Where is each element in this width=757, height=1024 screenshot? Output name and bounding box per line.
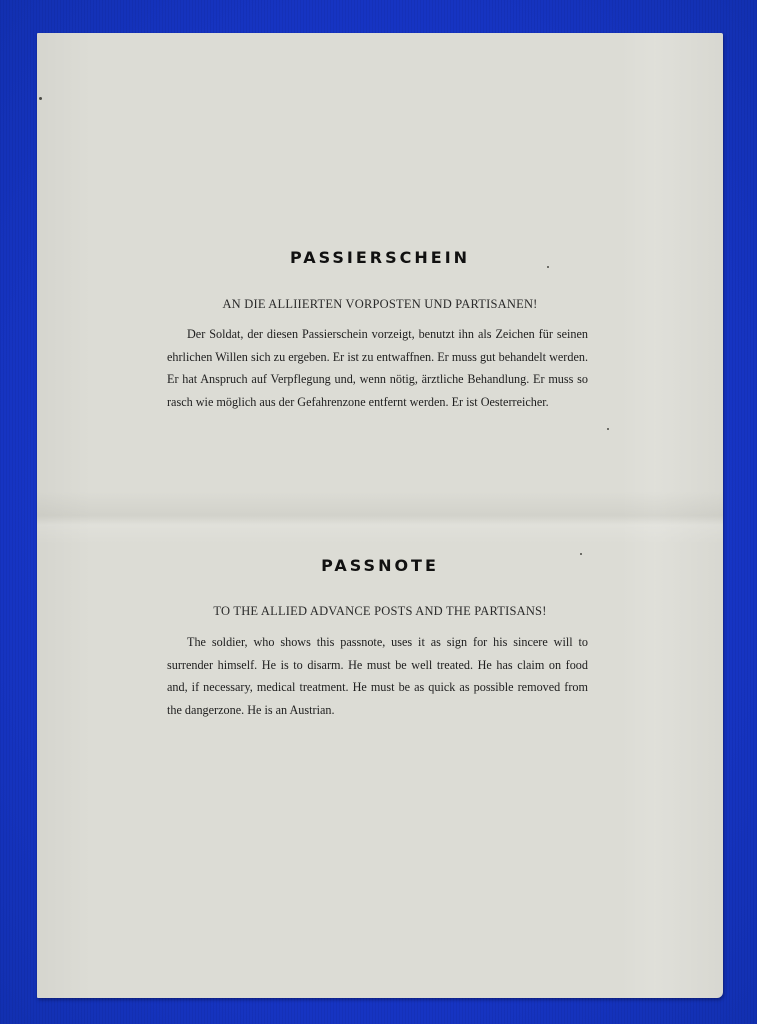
german-body-text: Der Soldat, der diesen Passierschein vor… — [167, 327, 588, 409]
english-title: PASSNOTE — [37, 556, 723, 575]
german-title: PASSIERSCHEIN — [37, 248, 723, 267]
leaflet-paper: PASSIERSCHEIN AN DIE ALLIIERTEN VORPOSTE… — [37, 33, 723, 998]
german-subtitle: AN DIE ALLIIERTEN VORPOSTEN UND PARTISAN… — [37, 297, 723, 312]
paper-speck — [39, 97, 42, 100]
english-body: The soldier, who shows this passnote, us… — [167, 631, 588, 721]
english-body-text: The soldier, who shows this passnote, us… — [167, 635, 588, 717]
paper-speck — [607, 428, 609, 430]
paper-speck — [580, 553, 582, 555]
english-subtitle: TO THE ALLIED ADVANCE POSTS AND THE PART… — [37, 604, 723, 619]
german-body: Der Soldat, der diesen Passierschein vor… — [167, 323, 588, 413]
